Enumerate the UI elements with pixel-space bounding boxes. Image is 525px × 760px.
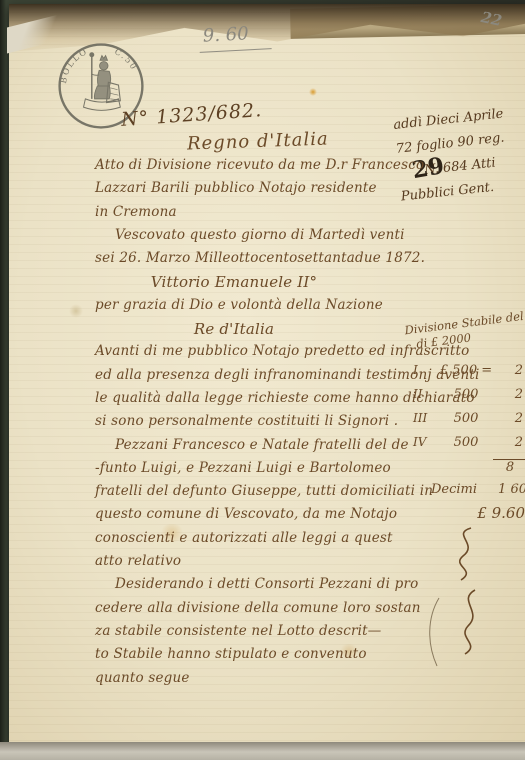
svg-text:BOLLO: BOLLO: [58, 46, 89, 84]
manuscript-line: conoscienti e autorizzati alle leggi a q…: [95, 530, 443, 553]
manuscript-line: Desiderando i detti Consorti Pezzani di …: [95, 576, 443, 599]
stamp-value-text: C.50: [113, 46, 140, 72]
share-numeral: IV: [413, 435, 435, 449]
share-amount: 500: [435, 435, 497, 450]
manuscript-line: quanto segue: [95, 670, 443, 693]
share-value: 2: [497, 411, 525, 426]
stain: [69, 304, 83, 318]
manuscript-line: si sono personalmente costituiti li Sign…: [95, 413, 443, 436]
manuscript-body: Atto di Divisione ricevuto da me D.r Fra…: [95, 157, 443, 693]
share-numeral: I: [413, 363, 435, 377]
manuscript-line: -funto Luigi, e Pezzani Luigi e Bartolom…: [95, 460, 443, 483]
share-row: III 500 2: [413, 411, 525, 435]
manuscript-line: Re d'Italia: [95, 320, 443, 343]
manuscript-line: questo comune di Vescovato, da me Notajo: [95, 506, 443, 529]
manuscript-line: in Cremona: [95, 204, 443, 227]
manuscript-line: Avanti di me pubblico Notajo predetto ed…: [95, 343, 443, 366]
share-amount: £ 500 =: [435, 363, 497, 378]
manuscript-line: Pezzani Francesco e Natale fratelli del …: [95, 437, 443, 460]
share-numeral: II: [413, 387, 435, 401]
kingdom-title: Regno d'Italia: [187, 129, 329, 155]
manuscript-line: cedere alla divisione della comune loro …: [95, 600, 443, 623]
paraph-flourish-icon: [453, 586, 487, 658]
manuscript-line: fratelli del defunto Giuseppe, tutti dom…: [95, 483, 443, 506]
seated-figure-icon: [84, 53, 121, 111]
manuscript-line: per grazia di Dio e volontà della Nazion…: [95, 297, 443, 320]
share-figures-column: I £ 500 = 2 II 500 2 III 500 2 IV 500 2 …: [413, 363, 525, 528]
decimi-label: Decimi: [431, 482, 477, 504]
manuscript-line: Vittorio Emanuele II°: [95, 273, 443, 296]
manuscript-line: le qualità dalla legge richieste come ha…: [95, 390, 443, 413]
share-row: IV 500 2: [413, 435, 525, 459]
share-row: II 500 2: [413, 387, 525, 411]
share-value: 2: [497, 435, 525, 450]
manuscript-line: Vescovato questo giorno di Martedì venti: [95, 227, 443, 250]
share-row: I £ 500 = 2: [413, 363, 525, 387]
share-value: 2: [497, 387, 525, 402]
paper-sheet: C.50 BOLLO 9. 60 22 N° 132: [9, 4, 525, 742]
share-value: 2: [497, 363, 525, 378]
manuscript-line: atto relativo: [95, 553, 443, 576]
manuscript-line: sei 26. Marzo Milleottocentosettantadue …: [95, 250, 443, 273]
manuscript-line: Atto di Divisione ricevuto da me D.r Fra…: [95, 157, 443, 180]
share-numeral: III: [413, 411, 435, 425]
margin-bracket-line: [425, 596, 443, 668]
decimi-row: Decimi 1 60: [413, 482, 525, 504]
stain: [309, 88, 317, 96]
pencil-total-note: 9. 60: [198, 22, 271, 53]
manuscript-line: Lazzari Barili pubblico Notajo residente: [95, 180, 443, 203]
manuscript-line: ed alla presenza degli infranominandi te…: [95, 367, 443, 390]
share-amount: 500: [435, 387, 497, 402]
stamp-side-text: BOLLO: [58, 46, 89, 84]
manuscript-line: to Stabile hanno stipulato e convenuto: [95, 646, 443, 669]
table-surface-edge: [0, 742, 525, 760]
share-amount: 500: [435, 411, 497, 426]
document-photo: C.50 BOLLO 9. 60 22 N° 132: [0, 0, 525, 760]
decimi-value: 1 60: [498, 482, 525, 504]
pencil-total-value: 9. 60: [198, 22, 271, 53]
shares-total: 8: [493, 459, 525, 482]
manuscript-line: za stabile consistente nel Lotto descrit…: [95, 623, 443, 646]
paraph-flourish-icon: [447, 524, 483, 584]
svg-text:C.50: C.50: [113, 46, 140, 72]
